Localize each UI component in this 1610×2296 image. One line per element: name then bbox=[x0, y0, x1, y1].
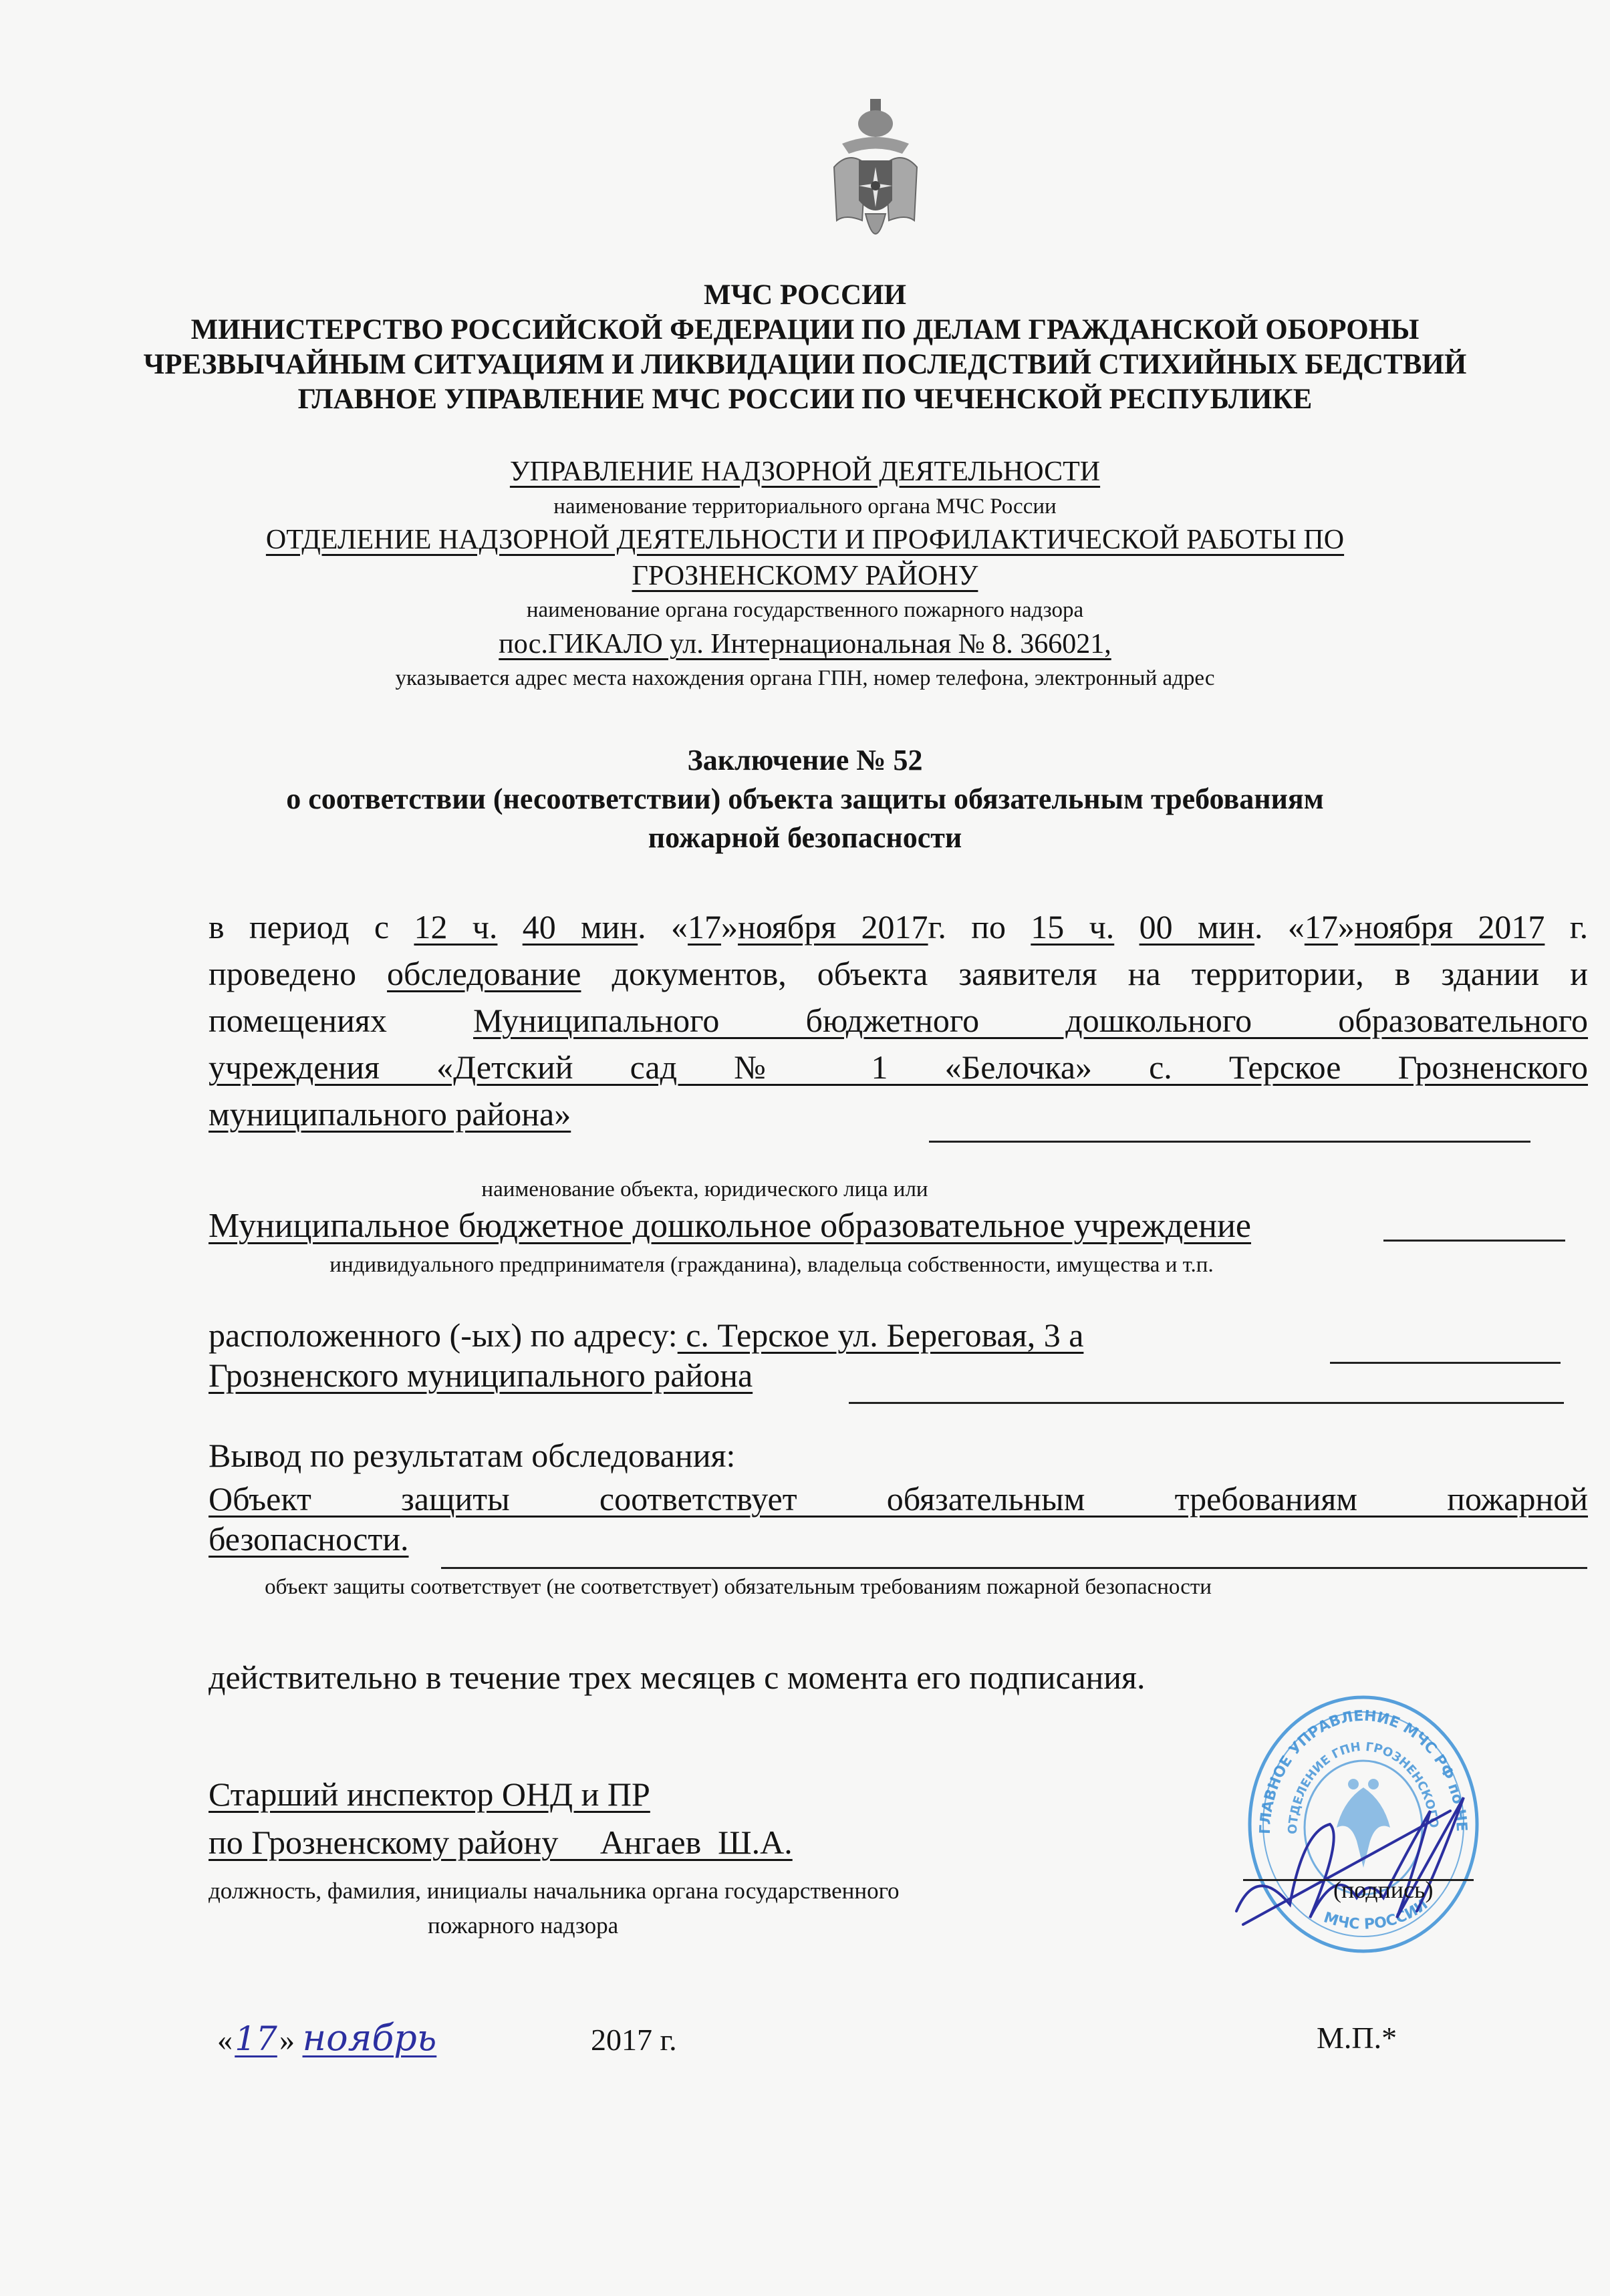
legal-entity-caption: индивидуального предпринимателя (граждан… bbox=[0, 1252, 1577, 1278]
document-page: МЧС РОССИИ МИНИСТЕРСТВО РОССИЙСКОЙ ФЕДЕР… bbox=[0, 0, 1610, 2296]
fill-line bbox=[1383, 1240, 1565, 1242]
territorial-body-caption: наименование территориального органа МЧС… bbox=[0, 493, 1610, 520]
conclusion-subject-line-2: пожарной безопасности bbox=[0, 819, 1610, 857]
conclusion-text-line-2: безопасности. bbox=[209, 1520, 409, 1558]
object-name-line-3: муниципального района» bbox=[209, 1095, 571, 1133]
conclusion-caption: объект защиты соответствует (не соответс… bbox=[0, 1574, 1543, 1600]
signatory-caption-line-1: должность, фамилия, инициалы начальника … bbox=[209, 1878, 900, 1904]
conclusion-subject-line-1: о соответствии (несоответствии) объекта … bbox=[0, 780, 1610, 818]
authority-address: пос.ГИКАЛО ул. Интернациональная № 8. 36… bbox=[499, 629, 1111, 660]
end-hour: 15 ч. bbox=[1031, 908, 1114, 946]
date-month: ноябрь bbox=[303, 2015, 583, 2061]
legal-entity-name: Муниципальное бюджетное дошкольное образ… bbox=[209, 1207, 1251, 1245]
conclusion-number: Заключение № 52 bbox=[0, 742, 1610, 779]
handwritten-signature bbox=[1230, 1784, 1497, 1951]
start-minute: 40 мин bbox=[523, 908, 638, 946]
validity-text: действительно в течение трех месяцев с м… bbox=[209, 1654, 1146, 1701]
object-address-line-1: с. Терское ул. Береговая, 3 а bbox=[678, 1316, 1084, 1354]
fill-line bbox=[929, 1141, 1530, 1143]
object-name-line-2: учреждения «Детский сад № 1 «Белочка» с.… bbox=[209, 1044, 1588, 1091]
conclusion-label: Вывод по результатам обследования: bbox=[209, 1432, 735, 1479]
date-day: 17 bbox=[233, 2015, 279, 2062]
start-hour: 12 ч. bbox=[414, 908, 497, 946]
fill-line bbox=[1330, 1362, 1561, 1364]
ministry-short-name: МЧС РОССИИ bbox=[0, 277, 1610, 313]
end-day: 17 bbox=[1305, 908, 1338, 946]
end-minute: 00 мин bbox=[1139, 908, 1254, 946]
supervision-body-line-1: ОТДЕЛЕНИЕ НАДЗОРНОЙ ДЕЯТЕЛЬНОСТИ И ПРОФИ… bbox=[266, 525, 1344, 555]
ministry-name-line-1: МИНИСТЕРСТВО РОССИЙСКОЙ ФЕДЕРАЦИИ ПО ДЕЛ… bbox=[0, 312, 1610, 348]
territorial-body: УПРАВЛЕНИЕ НАДЗОРНОЙ ДЕЯТЕЛЬНОСТИ bbox=[510, 456, 1100, 487]
start-month-year: ноября 2017 bbox=[738, 908, 928, 946]
object-address-line-2: Грозненского муниципального района bbox=[209, 1356, 753, 1394]
end-month-year: ноября 2017 bbox=[1355, 908, 1545, 946]
supervision-body-line-2: ГРОЗНЕНСКОМУ РАЙОНУ bbox=[632, 561, 978, 591]
inspection-type: обследование bbox=[387, 955, 581, 992]
ministry-name-line-2: ЧРЕЗВЫЧАЙНЫМ СИТУАЦИЯМ И ЛИКВИДАЦИИ ПОСЛ… bbox=[0, 347, 1610, 383]
seal-mark: М.П.* bbox=[1317, 2015, 1397, 2061]
object-caption: наименование объекта, юридического лица … bbox=[0, 1176, 1510, 1203]
conclusion-text-line-1: Объект защиты соответствует обязательным… bbox=[209, 1475, 1588, 1522]
signatory-caption-line-2: пожарного надзора bbox=[428, 1912, 618, 1939]
inspection-period: в период с 12 ч. 40 мин. «17»ноября 2017… bbox=[209, 903, 1588, 950]
date-year: 2017 г. bbox=[591, 2023, 677, 2057]
premises-line: помещениях Муниципального бюджетного дош… bbox=[209, 997, 1588, 1044]
fill-line bbox=[441, 1567, 1587, 1569]
signatory-position-line-2: по Грозненскому району Ангаев Ш.А. bbox=[209, 1824, 793, 1861]
mchs-eagle-emblem-icon bbox=[829, 94, 922, 261]
fill-line bbox=[849, 1402, 1564, 1404]
supervision-body-caption: наименование органа государственного пож… bbox=[0, 597, 1610, 623]
inspection-type-line: проведено обследование документов, объек… bbox=[209, 950, 1588, 997]
start-day: 17 bbox=[688, 908, 721, 946]
authority-address-caption: указывается адрес места нахождения орган… bbox=[0, 665, 1610, 692]
date-footer: «17» ноябрь 2017 г. bbox=[217, 2015, 677, 2063]
object-name-line-1: Муниципального бюджетного дошкольного об… bbox=[473, 1002, 1588, 1039]
signature-caption: (подпись) bbox=[1333, 1876, 1433, 1903]
signatory-position-line-1: Старший инспектор ОНД и ПР bbox=[209, 1775, 650, 1813]
ministry-name-line-3: ГЛАВНОЕ УПРАВЛЕНИЕ МЧС РОССИИ ПО ЧЕЧЕНСК… bbox=[0, 382, 1610, 418]
